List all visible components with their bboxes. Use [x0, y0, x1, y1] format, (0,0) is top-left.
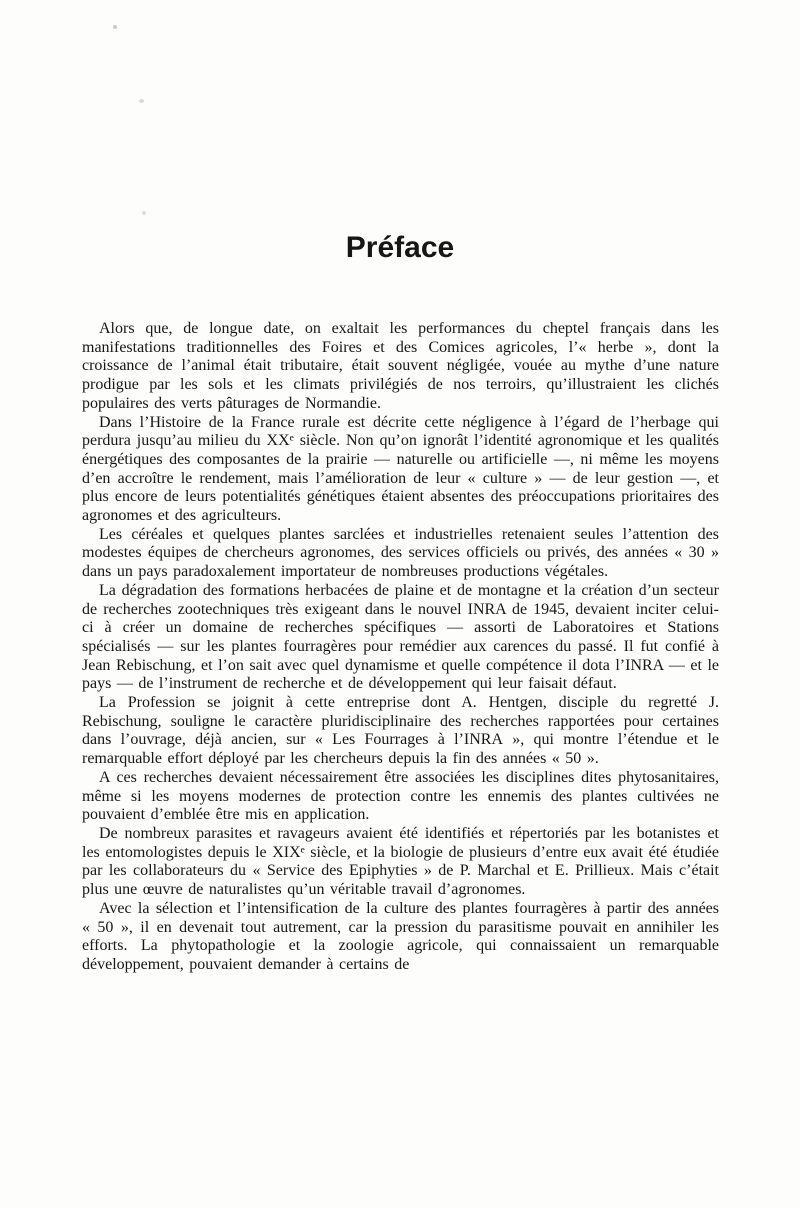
paragraph: Alors que, de longue date, on exaltait l… [82, 320, 719, 414]
page-title: Préface [0, 232, 800, 264]
preface-text-block: Alors que, de longue date, on exaltait l… [82, 320, 719, 975]
paragraph: Avec la sélection et l’intensification d… [82, 900, 719, 975]
paragraph: De nombreux parasites et ravageurs avaie… [82, 825, 719, 900]
paragraph: Dans l’Histoire de la France rurale est … [82, 414, 719, 526]
paragraph: A ces recherches devaient nécessairement… [82, 769, 719, 825]
book-page: Préface Alors que, de longue date, on ex… [0, 0, 800, 1208]
paragraph: Les céréales et quelques plantes sarclée… [82, 526, 719, 582]
paragraph: La Profession se joignit à cette entrepr… [82, 694, 719, 769]
scan-speck [139, 99, 144, 103]
paragraph: La dégradation des formations herbacées … [82, 582, 719, 694]
scan-speck [113, 25, 117, 29]
scan-speck [142, 211, 146, 215]
